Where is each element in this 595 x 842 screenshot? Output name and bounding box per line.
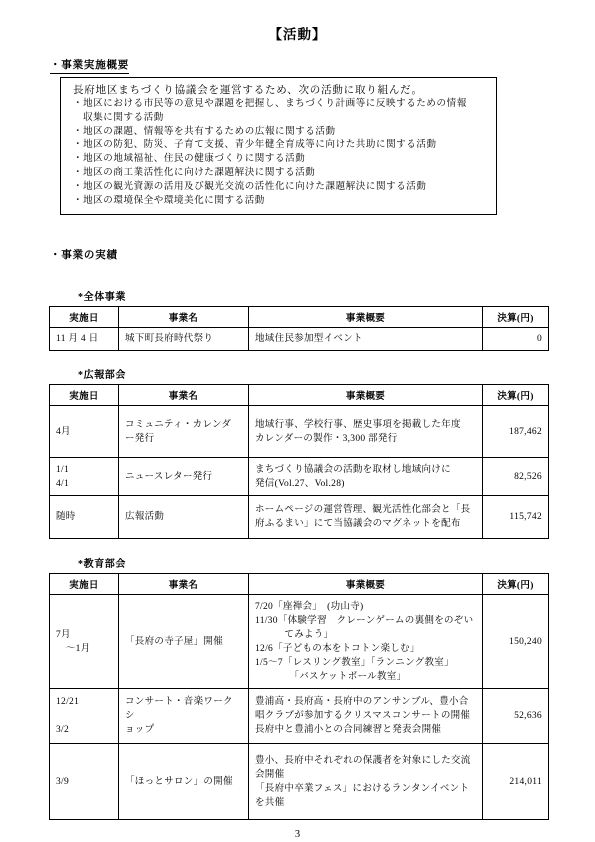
overview-bullet: ・地区の防犯、防災、子育て支援、青少年健全育成等に向けた共助に関する活動 <box>73 139 486 153</box>
cell-budget: 150,240 <box>483 595 549 689</box>
table-koho-bukai: 実施日 事業名 事業概要 決算(円) 4月 コミュニティ・カレンダ ー発行 地域… <box>49 384 549 539</box>
cell-project-name: 「ほっとサロン」の開催 <box>119 744 249 820</box>
table-title-koho: *広報部会 <box>78 366 595 381</box>
cell-summary: 地域住民参加型イベント <box>249 328 483 351</box>
col-header-name: 事業名 <box>119 307 249 328</box>
col-header-summary: 事業概要 <box>249 574 483 595</box>
table-title-zentai: *全体事業 <box>78 288 595 303</box>
cell-date: 3/9 <box>50 744 119 820</box>
col-header-budget: 決算(円) <box>483 574 549 595</box>
cell-date: 随時 <box>50 496 119 539</box>
col-header-budget: 決算(円) <box>483 307 549 328</box>
overview-bullet: ・地区における市民等の意見や課題を把握し、まちづくり計画等に反映するための情報 … <box>73 98 486 126</box>
cell-date: 4月 <box>50 406 119 458</box>
overview-bullet: ・地区の商工業活性化に向けた課題解決に関する活動 <box>73 167 486 181</box>
section-results-heading: ・事業の実績 <box>50 247 595 262</box>
table-row: 3/9 「ほっとサロン」の開催 豊小、長府中それぞれの保護者を対象にした交流 会… <box>50 744 549 820</box>
cell-date: 12/21 3/2 <box>50 689 119 744</box>
table-row: 4月 コミュニティ・カレンダ ー発行 地域行事、学校行事、歴史事項を掲載した年度… <box>50 406 549 458</box>
table-header-row: 実施日 事業名 事業概要 決算(円) <box>50 307 549 328</box>
document-page: 【活動】 ・事業実施概要 長府地区まちづくり協議会を運営するため、次の活動に取り… <box>0 0 595 842</box>
cell-summary: 地域行事、学校行事、歴史事項を掲載した年度 カレンダーの製作・3,300 部発行 <box>249 406 483 458</box>
cell-budget: 82,526 <box>483 458 549 496</box>
cell-date: 7月 ～1月 <box>50 595 119 689</box>
overview-bullet: ・地区の課題、情報等を共有するための広報に関する活動 <box>73 126 486 140</box>
cell-budget: 0 <box>483 328 549 351</box>
cell-summary: 豊浦高・長府高・長府中のアンサンブル、豊小合 唱クラブが参加するクリスマスコンサ… <box>249 689 483 744</box>
table-row: 1/1 4/1 ニュースレター発行 まちづくり協議会の活動を取材し地域向けに 発… <box>50 458 549 496</box>
cell-budget: 187,462 <box>483 406 549 458</box>
col-header-summary: 事業概要 <box>249 307 483 328</box>
table-title-kyoiku: *教育部会 <box>78 555 595 570</box>
cell-project-name: コミュニティ・カレンダ ー発行 <box>119 406 249 458</box>
overview-bullet: ・地区の地域福祉、住民の健康づくりに関する活動 <box>73 153 486 167</box>
cell-summary: まちづくり協議会の活動を取材し地域向けに 発信(Vol.27、Vol.28) <box>249 458 483 496</box>
cell-summary: 7/20「座禅会」 (功山寺) 11/30「体験学習 クレーンゲームの裏側をのぞ… <box>249 595 483 689</box>
col-header-date: 実施日 <box>50 574 119 595</box>
cell-project-name: ニュースレター発行 <box>119 458 249 496</box>
cell-budget: 214,011 <box>483 744 549 820</box>
cell-project-name: 広報活動 <box>119 496 249 539</box>
cell-summary: 豊小、長府中それぞれの保護者を対象にした交流 会開催 「長府中卒業フェス」におけ… <box>249 744 483 820</box>
cell-project-name: 城下町長府時代祭り <box>119 328 249 351</box>
cell-date: 11 月 4 日 <box>50 328 119 351</box>
col-header-date: 実施日 <box>50 307 119 328</box>
col-header-name: 事業名 <box>119 385 249 406</box>
cell-budget: 115,742 <box>483 496 549 539</box>
table-row: 随時 広報活動 ホームページの運営管理、観光活性化部会と「長 府ふるまい」にて当… <box>50 496 549 539</box>
col-header-budget: 決算(円) <box>483 385 549 406</box>
page-number: 3 <box>0 829 595 840</box>
table-zentai-jigyo: 実施日 事業名 事業概要 決算(円) 11 月 4 日 城下町長府時代祭り 地域… <box>49 306 549 351</box>
section-overview-heading-text: ・事業実施概要 <box>50 57 129 74</box>
cell-date: 1/1 4/1 <box>50 458 119 496</box>
overview-bullet: ・地区の観光資源の活用及び観光交流の活性化に向けた課題解決に関する活動 <box>73 181 486 195</box>
col-header-name: 事業名 <box>119 574 249 595</box>
cell-project-name: 「長府の寺子屋」開催 <box>119 595 249 689</box>
cell-budget: 52,636 <box>483 689 549 744</box>
table-row: 11 月 4 日 城下町長府時代祭り 地域住民参加型イベント 0 <box>50 328 549 351</box>
table-header-row: 実施日 事業名 事業概要 決算(円) <box>50 574 549 595</box>
section-overview-heading: ・事業実施概要 <box>50 57 595 74</box>
cell-project-name: コンサート・音楽ワークシ ョップ <box>119 689 249 744</box>
table-header-row: 実施日 事業名 事業概要 決算(円) <box>50 385 549 406</box>
table-kyoiku-bukai: 実施日 事業名 事業概要 決算(円) 7月 ～1月 「長府の寺子屋」開催 7/2… <box>49 573 549 820</box>
col-header-date: 実施日 <box>50 385 119 406</box>
col-header-summary: 事業概要 <box>249 385 483 406</box>
cell-summary: ホームページの運営管理、観光活性化部会と「長 府ふるまい」にて当協議会のマグネッ… <box>249 496 483 539</box>
overview-bullet: ・地区の環境保全や環境美化に関する活動 <box>73 195 486 209</box>
overview-intro: 長府地区まちづくり協議会を運営するため、次の活動に取り組んだ。 <box>73 83 486 98</box>
overview-box: 長府地区まちづくり協議会を運営するため、次の活動に取り組んだ。 ・地区における市… <box>60 77 497 215</box>
table-row: 12/21 3/2 コンサート・音楽ワークシ ョップ 豊浦高・長府高・長府中のア… <box>50 689 549 744</box>
table-row: 7月 ～1月 「長府の寺子屋」開催 7/20「座禅会」 (功山寺) 11/30「… <box>50 595 549 689</box>
page-title: 【活動】 <box>0 0 595 43</box>
